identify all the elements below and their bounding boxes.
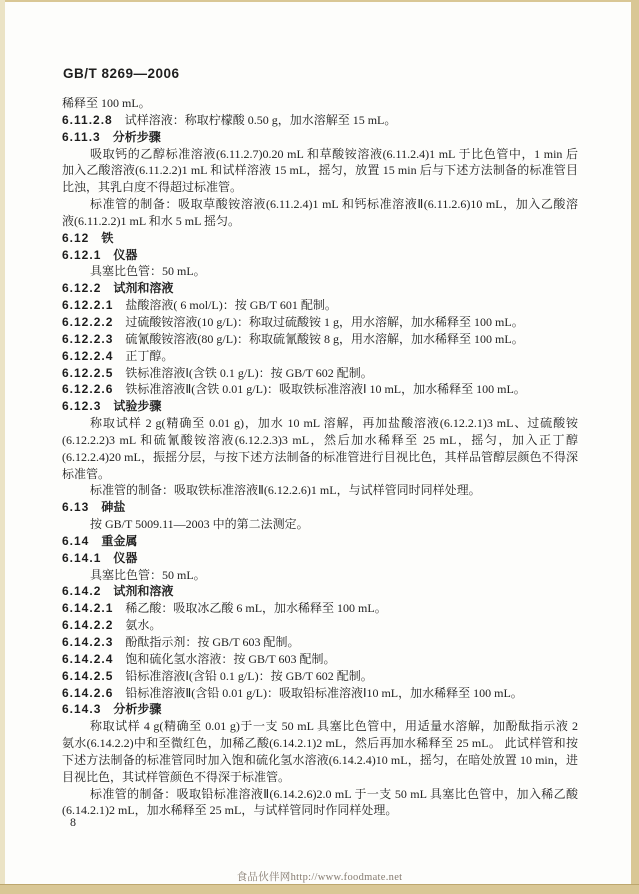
text-line: 称取试样 4 g(精确至 0.01 g)于一支 50 mL 具塞比色管中，用适量… <box>62 718 578 735</box>
clause-line: 6.11.3分析步骤 <box>62 129 578 146</box>
line-text: 试剂和溶液 <box>113 584 173 598</box>
text-line: 按 GB/T 5009.11—2003 中的第二法测定。 <box>62 516 578 533</box>
line-text: 铅标准溶液Ⅱ(含铅 0.01 g/L)：吸取铅标准溶液Ⅰ10 mL，加水稀释至 … <box>125 686 522 700</box>
clause-number: 6.12.2.2 <box>62 315 113 329</box>
clause-line: 6.14重金属 <box>62 533 578 550</box>
text-line: 标准管。 <box>62 466 578 483</box>
clause-line: 6.12.1仪器 <box>62 247 578 264</box>
line-text: 具塞比色管：50 mL。 <box>90 568 206 582</box>
clause-number: 6.12 <box>62 231 89 245</box>
line-text: 称取试样 2 g(精确至 0.01 g)，加水 10 mL 溶解，再加盐酸溶液(… <box>90 416 578 430</box>
line-text: (6.12.2.4)20 mL，振摇分层，与按下述方法制备的标准管进行目视比色，… <box>62 450 578 466</box>
clause-number: 6.14 <box>62 534 89 548</box>
clause-number: 6.14.2.4 <box>62 652 113 666</box>
line-text: 过硫酸铵溶液(10 g/L)：称取过硫酸铵 1 g，用水溶解，加水稀释至 100… <box>125 315 523 329</box>
clause-number: 6.12.2.4 <box>62 349 113 363</box>
line-text: 硫氰酸铵溶液(80 g/L)：称取硫氰酸铵 8 g，用水溶解，加水稀释至 100… <box>125 332 523 346</box>
clause-number: 6.14.3 <box>62 702 101 716</box>
clause-line: 6.12.2试剂和溶液 <box>62 280 578 297</box>
text-line: 下述方法制备的标准管同时加入饱和硫化氢水溶液(6.14.2.4)10 mL，摇匀… <box>62 752 578 769</box>
text-line: 目视比色，其试样管颜色不得深于标准管。 <box>62 769 578 786</box>
line-text: 酚酞指示剂：按 GB/T 603 配制。 <box>125 635 299 649</box>
clause-line: 6.12.2.4正丁醇。 <box>62 348 578 365</box>
page-edge-right <box>631 0 639 894</box>
clause-number: 6.14.2.1 <box>62 601 113 615</box>
line-text: 正丁醇。 <box>125 349 173 363</box>
clause-number: 6.14.2.3 <box>62 635 113 649</box>
clause-number: 6.12.1 <box>62 248 101 262</box>
clause-number: 6.12.2.5 <box>62 366 113 380</box>
clause-line: 6.12.2.2过硫酸铵溶液(10 g/L)：称取过硫酸铵 1 g，用水溶解，加… <box>62 314 578 331</box>
page-number: 8 <box>70 815 76 830</box>
line-text: 目视比色，其试样管颜色不得深于标准管。 <box>62 770 290 784</box>
text-line: 稀释至 100 mL。 <box>62 95 578 112</box>
line-text: 称取试样 4 g(精确至 0.01 g)于一支 50 mL 具塞比色管中，用适量… <box>62 719 578 735</box>
text-line: (6.14.2.1)2 mL，加水稀释至 25 mL，与试样管同时作同样处理。 <box>62 802 578 819</box>
text-line: 标准管的制备：吸取铅标准溶液Ⅱ(6.14.2.6)2.0 mL 于一支 50 m… <box>62 786 578 803</box>
text-line: 比浊，其乳白度不得超过标准管。 <box>62 179 578 196</box>
text-line: 称取试样 2 g(精确至 0.01 g)，加水 10 mL 溶解，再加盐酸溶液(… <box>62 415 578 432</box>
clause-line: 6.12铁 <box>62 230 578 247</box>
clause-line: 6.14.2.2氨水。 <box>62 617 578 634</box>
clause-line: 6.12.2.3硫氰酸铵溶液(80 g/L)：称取硫氰酸铵 8 g，用水溶解，加… <box>62 331 578 348</box>
clause-number: 6.12.3 <box>62 399 101 413</box>
line-text: 液(6.11.2.2)1 mL 和水 5 mL 摇匀。 <box>62 214 240 228</box>
clause-line: 6.12.2.6铁标准溶液Ⅱ(含铁 0.01 g/L)：吸取铁标准溶液Ⅰ 10 … <box>62 381 578 398</box>
clause-number: 6.12.2 <box>62 281 101 295</box>
line-text: (6.12.2.2)3 mL 和硫氰酸铵溶液(6.12.2.3)3 mL，然后加… <box>62 433 578 447</box>
line-text: 标准管。 <box>62 467 110 481</box>
line-text: 盐酸溶液( 6 mol/L)：按 GB/T 601 配制。 <box>125 298 336 312</box>
line-text: 饱和硫化氢水溶液：按 GB/T 603 配制。 <box>125 652 335 666</box>
text-line: 具塞比色管：50 mL。 <box>62 567 578 584</box>
line-text: 标准管的制备：吸取铁标准溶液Ⅱ(6.12.2.6)1 mL，与试样管同时同样处理… <box>90 483 481 497</box>
line-text: 稀乙酸：吸取冰乙酸 6 mL，加水稀释至 100 mL。 <box>125 601 386 615</box>
text-line: 加入乙酸溶液(6.11.2.2)1 mL 和试样溶液 15 mL，摇匀，放置 1… <box>62 162 578 179</box>
clause-number: 6.12.2.3 <box>62 332 113 346</box>
line-text: 铅标准溶液Ⅰ(含铅 0.1 g/L)：按 GB/T 602 配制。 <box>125 669 372 683</box>
clause-number: 6.14.2.2 <box>62 618 113 632</box>
text-line: 标准管的制备：吸取草酸铵溶液(6.11.2.4)1 mL 和钙标准溶液Ⅱ(6.1… <box>62 196 578 213</box>
clause-number: 6.14.2 <box>62 584 101 598</box>
line-text: 铁标准溶液Ⅰ(含铁 0.1 g/L)：按 GB/T 602 配制。 <box>125 366 372 380</box>
line-text: 氨水。 <box>125 618 161 632</box>
line-text: 重金属 <box>101 534 137 548</box>
line-text: (6.14.2.1)2 mL，加水稀释至 25 mL，与试样管同时作同样处理。 <box>62 803 397 817</box>
clause-number: 6.12.2.1 <box>62 298 113 312</box>
text-line: (6.12.2.4)20 mL，振摇分层，与按下述方法制备的标准管进行目视比色，… <box>62 449 578 466</box>
line-text: 砷盐 <box>101 500 125 514</box>
clause-line: 6.12.3试验步骤 <box>62 398 578 415</box>
line-text: 铁 <box>101 231 113 245</box>
clause-number: 6.11.3 <box>62 130 101 144</box>
text-line: 具塞比色管：50 mL。 <box>62 263 578 280</box>
line-text: 稀释至 100 mL。 <box>62 96 151 110</box>
clause-line: 6.11.2.8试样溶液：称取柠檬酸 0.50 g，加水溶解至 15 mL。 <box>62 112 578 129</box>
text-line: 氨水(6.14.2.2)中和至微红色，加稀乙酸(6.14.2.1)2 mL，然后… <box>62 735 578 752</box>
line-text: 试剂和溶液 <box>113 281 173 295</box>
clause-number: 6.14.2.6 <box>62 686 113 700</box>
clause-number: 6.11.2.8 <box>62 113 113 127</box>
line-text: 铁标准溶液Ⅱ(含铁 0.01 g/L)：吸取铁标准溶液Ⅰ 10 mL，加水稀释至… <box>125 382 525 396</box>
page-edge-left <box>0 0 5 894</box>
text-line: 液(6.11.2.2)1 mL 和水 5 mL 摇匀。 <box>62 213 578 230</box>
line-text: 氨水(6.14.2.2)中和至微红色，加稀乙酸(6.14.2.1)2 mL，然后… <box>62 736 578 750</box>
clause-line: 6.14.3分析步骤 <box>62 701 578 718</box>
clause-line: 6.14.2.4饱和硫化氢水溶液：按 GB/T 603 配制。 <box>62 651 578 668</box>
clause-line: 6.13砷盐 <box>62 499 578 516</box>
line-text: 标准管的制备：吸取铅标准溶液Ⅱ(6.14.2.6)2.0 mL 于一支 50 m… <box>90 787 578 801</box>
line-text: 仪器 <box>113 551 137 565</box>
line-text: 按 GB/T 5009.11—2003 中的第二法测定。 <box>90 517 309 531</box>
page-edge-bottom <box>0 884 639 894</box>
clause-number: 6.13 <box>62 500 89 514</box>
clause-line: 6.14.2.6铅标准溶液Ⅱ(含铅 0.01 g/L)：吸取铅标准溶液Ⅰ10 m… <box>62 685 578 702</box>
line-text: 试样溶液：称取柠檬酸 0.50 g，加水溶解至 15 mL。 <box>125 113 397 127</box>
clause-line: 6.14.2.5铅标准溶液Ⅰ(含铅 0.1 g/L)：按 GB/T 602 配制… <box>62 668 578 685</box>
clause-number: 6.14.1 <box>62 551 101 565</box>
clause-number: 6.14.2.5 <box>62 669 113 683</box>
line-text: 下述方法制备的标准管同时加入饱和硫化氢水溶液(6.14.2.4)10 mL，摇匀… <box>62 753 578 769</box>
watermark-footer: 食品伙伴网http://www.foodmate.net <box>0 869 639 884</box>
clause-line: 6.14.2.3酚酞指示剂：按 GB/T 603 配制。 <box>62 634 578 651</box>
line-text: 分析步骤 <box>113 702 161 716</box>
clause-number: 6.12.2.6 <box>62 382 113 396</box>
text-line: (6.12.2.2)3 mL 和硫氰酸铵溶液(6.12.2.3)3 mL，然后加… <box>62 432 578 449</box>
clause-line: 6.12.2.1盐酸溶液( 6 mol/L)：按 GB/T 601 配制。 <box>62 297 578 314</box>
text-line: 吸取钙的乙醇标准溶液(6.11.2.7)0.20 mL 和草酸铵溶液(6.11.… <box>62 146 578 163</box>
text-line: 标准管的制备：吸取铁标准溶液Ⅱ(6.12.2.6)1 mL，与试样管同时同样处理… <box>62 482 578 499</box>
line-text: 比浊，其乳白度不得超过标准管。 <box>62 180 242 194</box>
page-edge-top <box>0 0 639 2</box>
line-text: 加入乙酸溶液(6.11.2.2)1 mL 和试样溶液 15 mL，摇匀，放置 1… <box>62 163 578 179</box>
line-text: 分析步骤 <box>113 130 161 144</box>
line-text: 试验步骤 <box>113 399 161 413</box>
content-lines: 稀释至 100 mL。6.11.2.8试样溶液：称取柠檬酸 0.50 g，加水溶… <box>62 95 578 819</box>
line-text: 仪器 <box>113 248 137 262</box>
line-text: 具塞比色管：50 mL。 <box>90 264 206 278</box>
clause-line: 6.14.2试剂和溶液 <box>62 583 578 600</box>
clause-line: 6.14.1仪器 <box>62 550 578 567</box>
clause-line: 6.14.2.1稀乙酸：吸取冰乙酸 6 mL，加水稀释至 100 mL。 <box>62 600 578 617</box>
standard-number-header: GB/T 8269—2006 <box>63 66 180 81</box>
line-text: 标准管的制备：吸取草酸铵溶液(6.11.2.4)1 mL 和钙标准溶液Ⅱ(6.1… <box>90 197 578 211</box>
line-text: 吸取钙的乙醇标准溶液(6.11.2.7)0.20 mL 和草酸铵溶液(6.11.… <box>90 147 578 161</box>
clause-line: 6.12.2.5铁标准溶液Ⅰ(含铁 0.1 g/L)：按 GB/T 602 配制… <box>62 365 578 382</box>
